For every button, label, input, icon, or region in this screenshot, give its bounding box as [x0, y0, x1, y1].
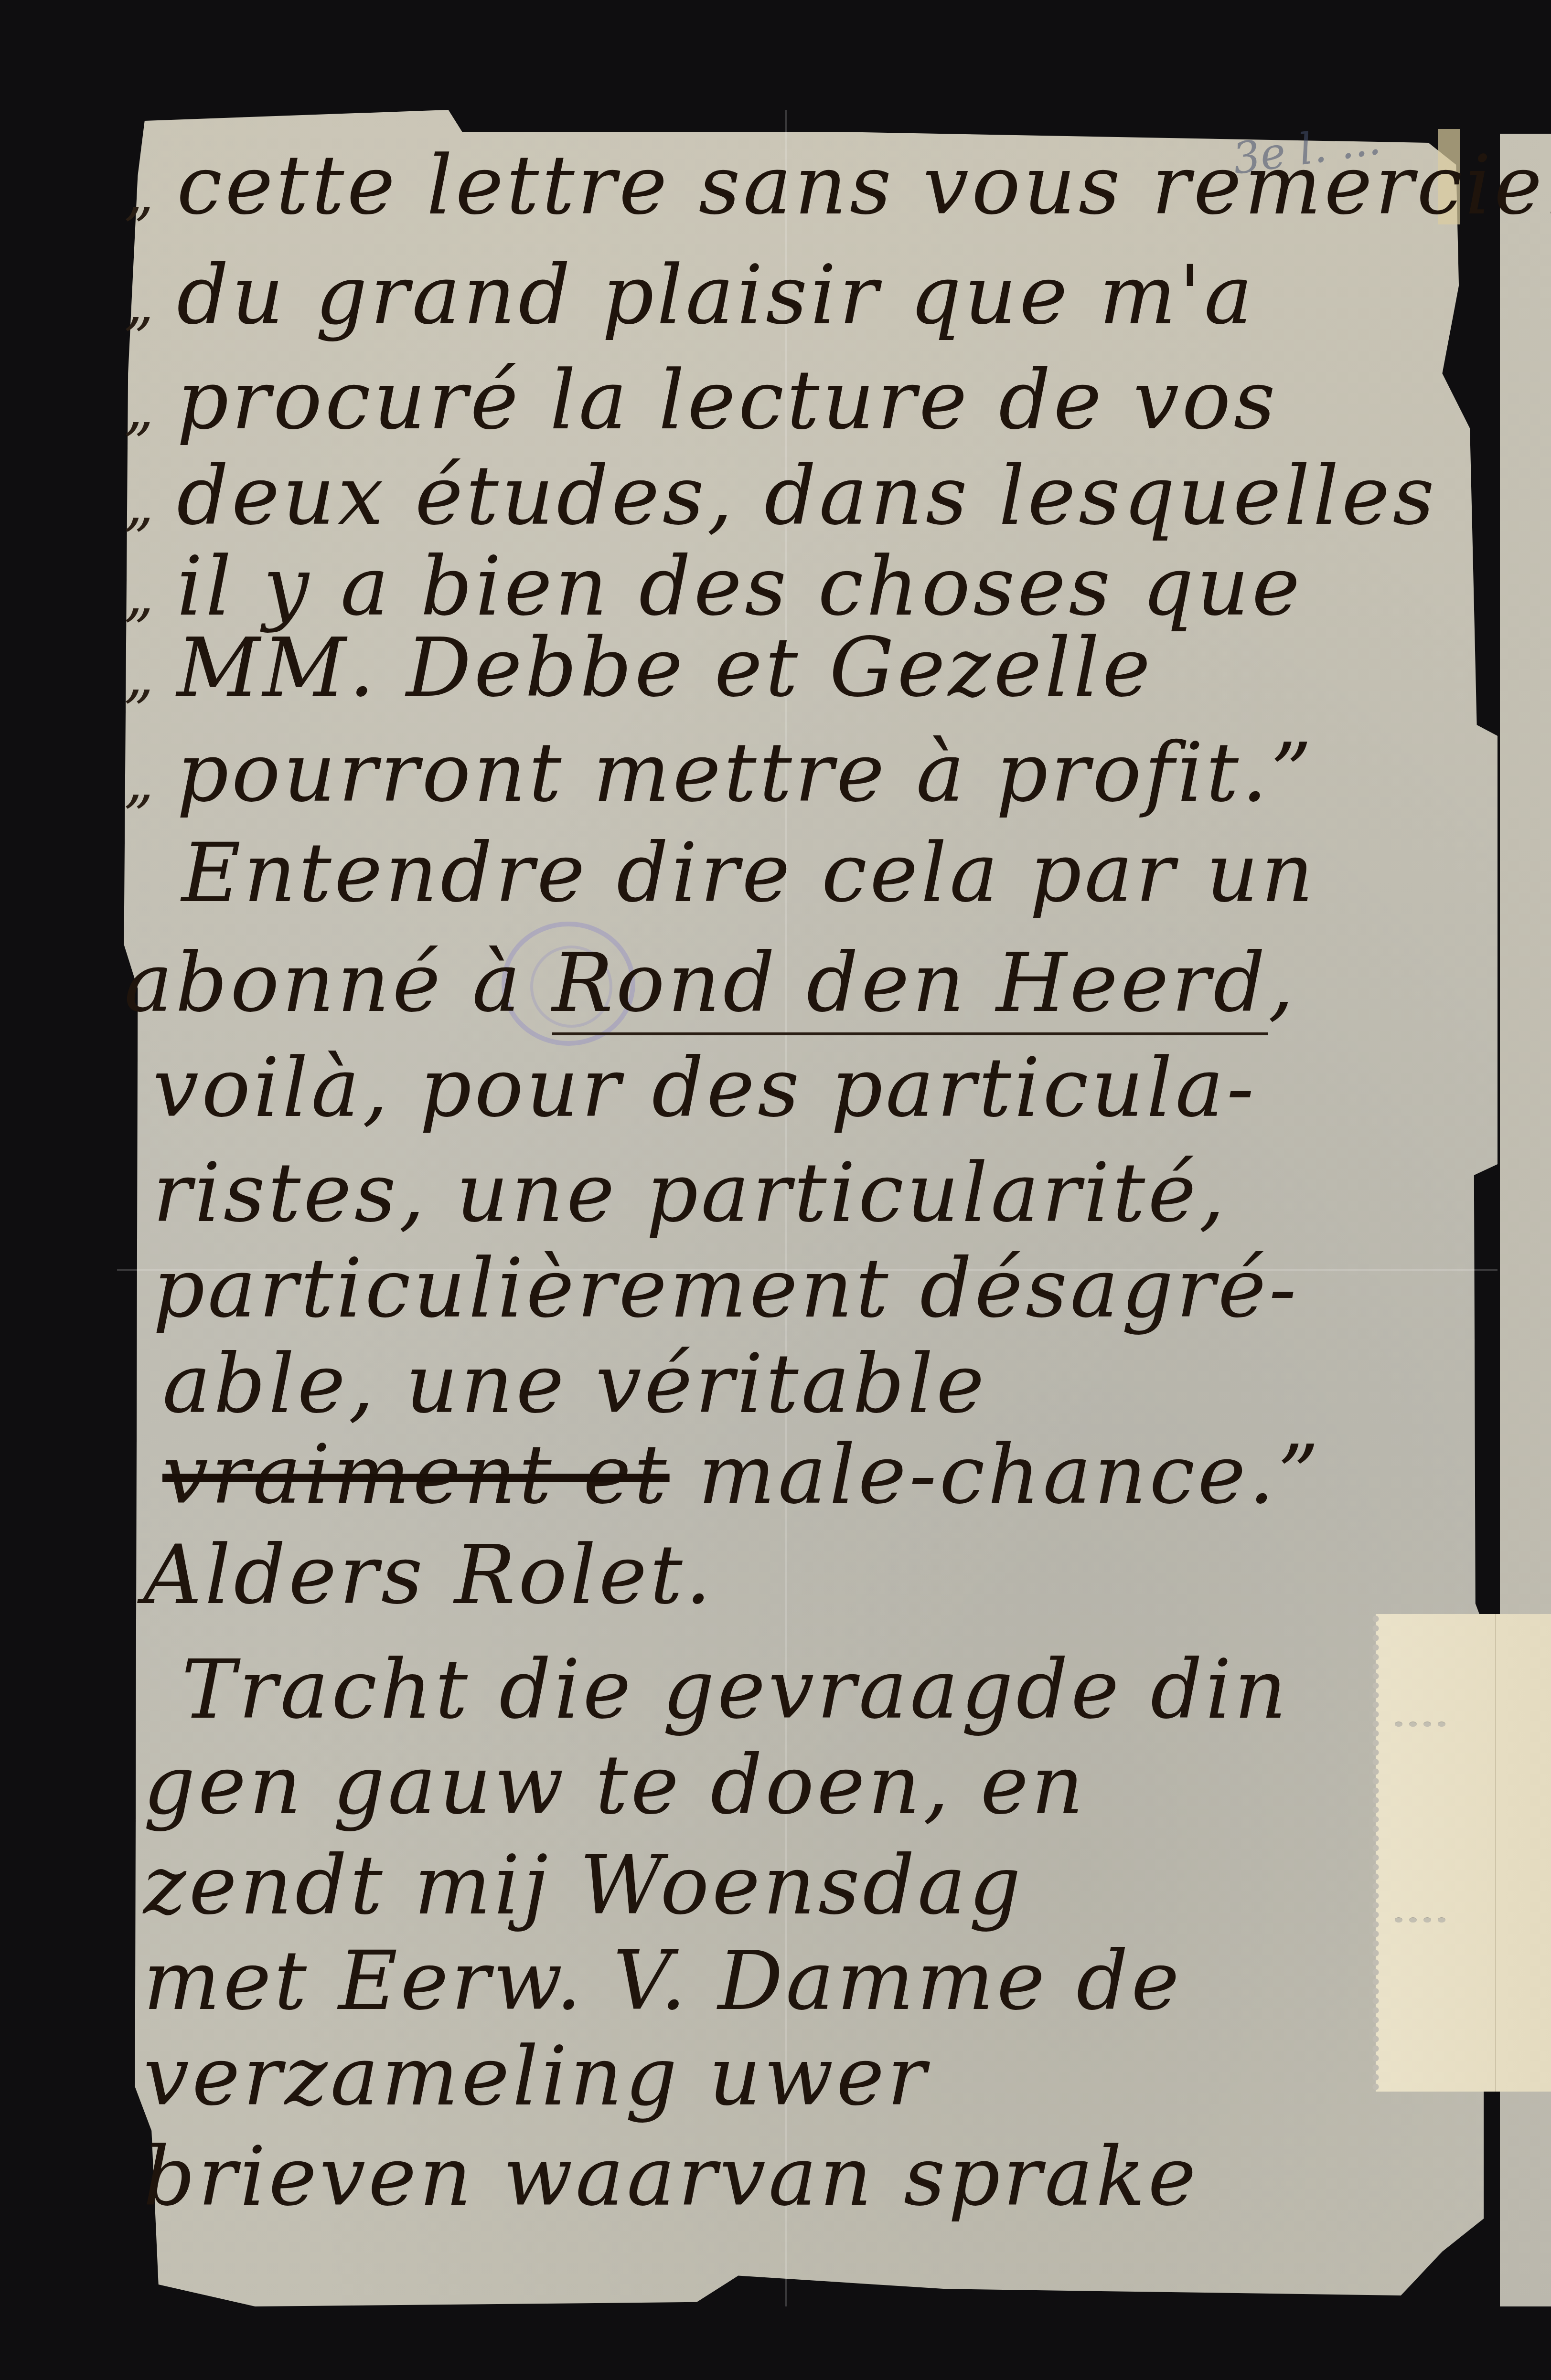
- text-line: abonné à Rond den Heerd,: [124, 936, 1297, 1031]
- underlined-title: Rond den Heerd: [552, 936, 1268, 1035]
- punch-holes-top: [1395, 1721, 1445, 1727]
- scanned-document: 3e l. ... „cette lettre sans vous remerc…: [0, 0, 1551, 2380]
- text-line: brieven waarvan sprake: [143, 2130, 1199, 2224]
- text-line: „il y a bien des choses que: [124, 540, 1303, 634]
- text-line: Tracht die gevraagde din: [182, 1643, 1289, 1737]
- text-line: met Eerw. V. Damme de: [143, 1934, 1182, 2029]
- text-line: Entendre dire cela par un: [182, 826, 1316, 921]
- text-line: able, une véritable: [162, 1337, 987, 1432]
- struck-text: vraiment et: [162, 1428, 670, 1522]
- text-line: voilà, pour des particula-: [153, 1041, 1257, 1136]
- text-line: „MM. Debbe et Gezelle: [124, 621, 1153, 715]
- text-line: „deux études, dans lesquelles: [124, 449, 1437, 543]
- text-line: ristes, une particularité,: [153, 1146, 1228, 1241]
- punch-holes-bottom: [1395, 1917, 1445, 1923]
- text-line: Alders Rolet.: [143, 1528, 714, 1623]
- text-line: „cette lettre sans vous remercier: [124, 138, 1551, 233]
- text-line: verzameling uwer: [143, 2029, 929, 2124]
- insert-crease: [1495, 1614, 1496, 2092]
- text-line: „pourront mettre à profit.”: [124, 726, 1315, 820]
- text-line: „du grand plaisir que m'a: [124, 248, 1255, 343]
- text-line: „procuré la lecture de vos: [124, 353, 1278, 448]
- perforation-edge: [1371, 1614, 1380, 2092]
- text-line: vraiment et male-chance.”: [162, 1428, 1322, 1522]
- text-line: zendt mij Woensdag: [143, 1838, 1024, 1933]
- text-line: gen gauw te doen, en: [143, 1738, 1087, 1833]
- perforated-paper-insert: [1376, 1614, 1551, 2092]
- text-line: particulièrement désagré-: [153, 1242, 1299, 1336]
